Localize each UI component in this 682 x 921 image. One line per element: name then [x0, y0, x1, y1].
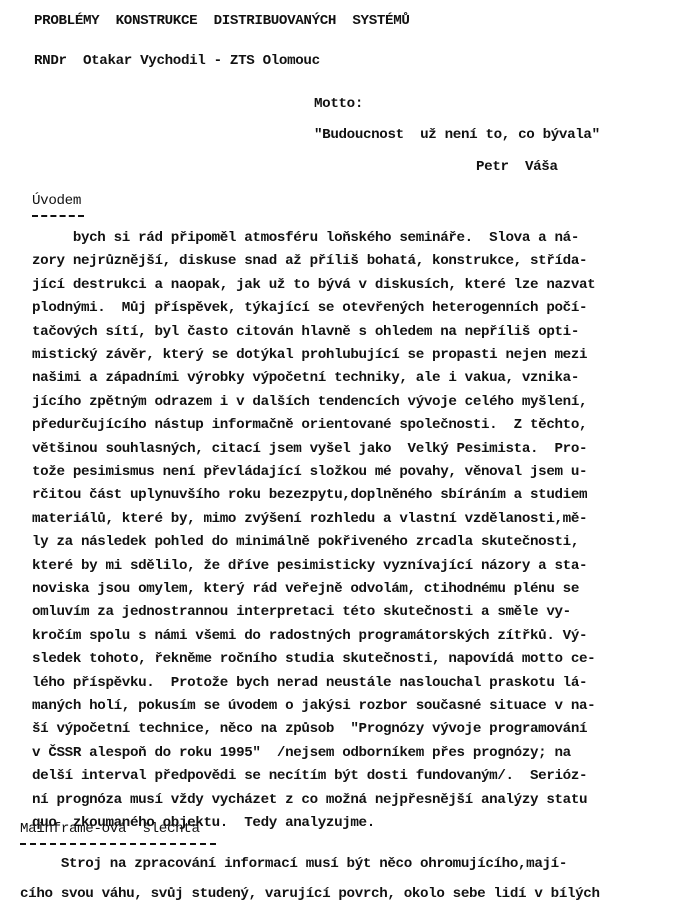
text-line: delší interval předpovědi se necítím být… — [32, 767, 587, 785]
text-line: noviska jsou omylem, který rád veřejně o… — [32, 580, 579, 598]
text-line: cího svou váhu, svůj studený, varující p… — [20, 885, 600, 903]
text-line: mistický závěr, který se dotýkal prohlub… — [32, 346, 587, 364]
text-line: sledek tohoto, řekněme ročního studia sk… — [32, 650, 595, 668]
text-line: našimi a západními výrobky výpočetní tec… — [32, 369, 579, 387]
document-title: PROBLÉMY KONSTRUKCE DISTRIBUOVANÝCH SYST… — [34, 12, 410, 30]
text-line: plodnými. Můj příspěvek, týkající se ote… — [32, 299, 587, 317]
section-heading-uvodem: Úvodem — [32, 192, 81, 210]
text-line: ní prognóza musí vždy vycházet z co možn… — [32, 791, 587, 809]
author-line: RNDr Otakar Vychodil - ZTS Olomouc — [34, 52, 320, 70]
text-line: kročím spolu s námi všemi do radostných … — [32, 627, 587, 645]
text-line: omluvím za jednostrannou interpretaci té… — [32, 603, 571, 621]
text-line: Stroj na zpracování informací musí být n… — [20, 855, 567, 873]
heading-underline — [20, 843, 216, 845]
text-line: maných holí, pokusím se úvodem o jakýsi … — [32, 697, 595, 715]
text-line: materiálů, které by, mimo zvýšení rozhle… — [32, 510, 587, 528]
text-line: bych si rád připoměl atmosféru loňského … — [32, 229, 579, 247]
text-line: jící destrukci a naopak, jak už to bývá … — [32, 276, 595, 294]
text-line: ší výpočetní technice, něco na způsob "P… — [32, 720, 587, 738]
motto-quote: "Budoucnost už není to, co bývala" — [314, 126, 600, 144]
motto-attribution: Petr Váša — [476, 158, 558, 176]
text-line: tačových sítí, byl často citován hlavně … — [32, 323, 579, 341]
text-line: tože pesimismus není převládající složko… — [32, 463, 587, 481]
heading-underline — [32, 215, 84, 217]
text-line: rčitou část uplynuvšího roku bezezpytu,d… — [32, 486, 587, 504]
text-line: předurčujícího nástup informačně oriento… — [32, 416, 587, 434]
motto-label: Motto: — [314, 95, 363, 113]
section-heading-mainframe: Mainframe-ová šlechta — [20, 820, 200, 838]
text-line: většinou souhlasných, citací jsem vyšel … — [32, 440, 587, 458]
text-line: lého příspěvku. Protože bych nerad neust… — [32, 674, 587, 692]
text-line: jícího zpětným odrazem i v dalších tende… — [32, 393, 587, 411]
text-line: které by mi sdělilo, že dříve pesimistic… — [32, 557, 587, 575]
text-line: ly za následek pohled do minimálně pokři… — [32, 533, 579, 551]
text-line: v ČSSR alespoň do roku 1995" /nejsem odb… — [32, 744, 571, 762]
text-line: zory nejrůznější, diskuse snad až příliš… — [32, 252, 587, 270]
